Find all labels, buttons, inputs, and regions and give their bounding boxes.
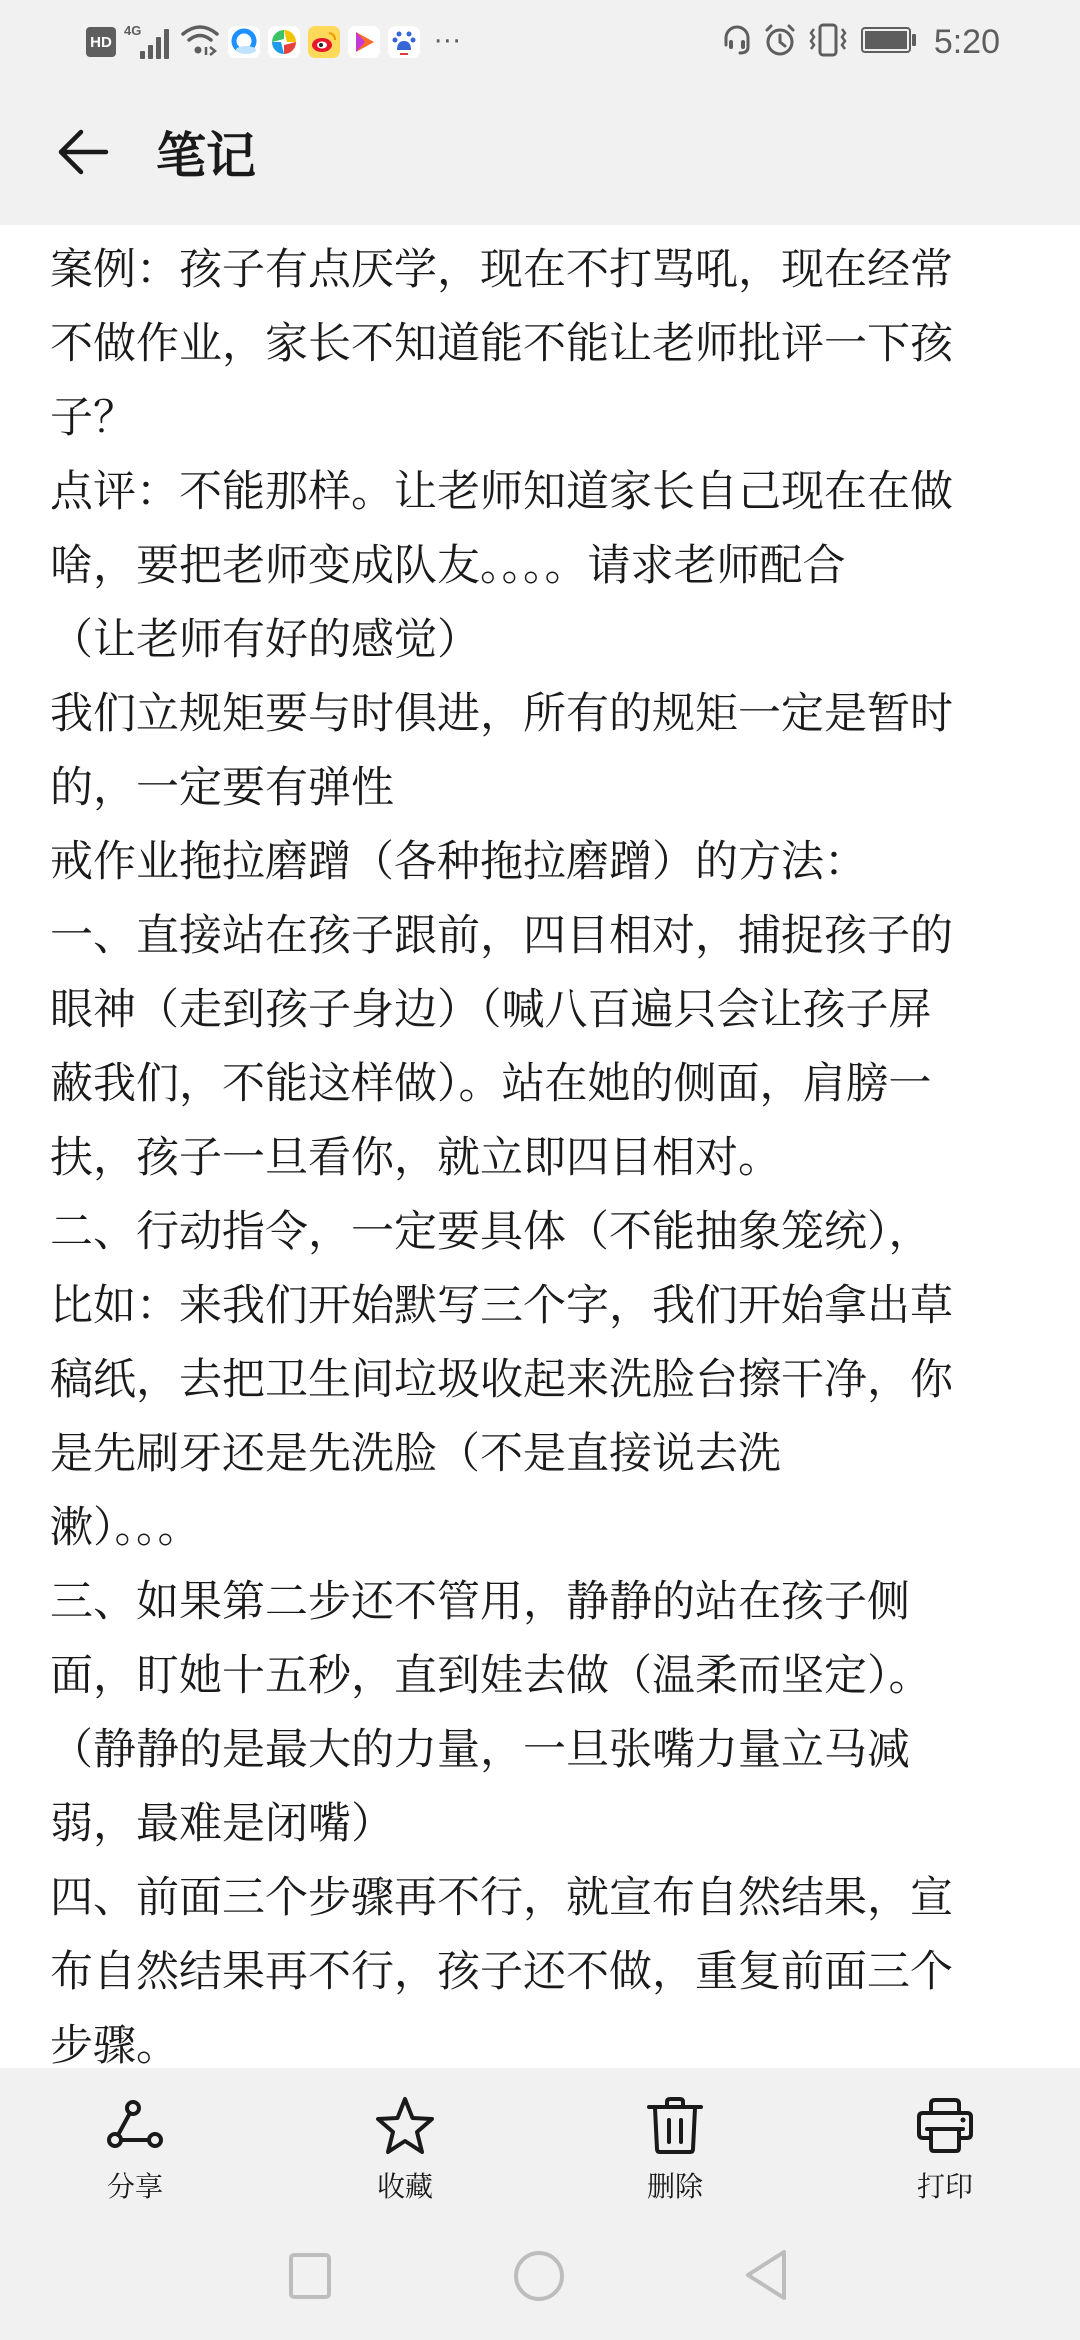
baidu-app-icon [388, 26, 420, 58]
home-button[interactable] [509, 2248, 569, 2308]
clock: 5:20 [934, 23, 1000, 62]
share-icon [103, 2094, 167, 2162]
note-line: 扶，孩子一旦看你，就立即四目相对。 [50, 1121, 1030, 1195]
note-line: 三、如果第二步还不管用，静静的站在孩子侧 [50, 1565, 1030, 1639]
battery-icon [860, 23, 918, 61]
4g-signal-icon: 4G [124, 25, 172, 59]
note-line: （静静的是最大的力量，一旦张嘴力量立马减 [50, 1713, 1030, 1787]
home-circle-icon [511, 2248, 567, 2308]
note-line: 面，盯她十五秒，直到娃去做（温柔而坚定）。 [50, 1639, 1030, 1713]
note-line: 四、前面三个步骤再不行，就宣布自然结果，宣 [50, 1861, 1030, 1935]
note-line: 二、行动指令，一定要具体（不能抽象笼统）， [50, 1195, 1030, 1269]
note-body[interactable]: 案例：孩子有点厌学，现在不打骂吼，现在经常 不做作业，家长不知道能不能让老师批评… [0, 225, 1080, 2068]
note-line: 步骤。 [50, 2009, 1030, 2068]
note-line: 比如：来我们开始默写三个字，我们开始拿出草 [50, 1269, 1030, 1343]
note-line: 布自然结果再不行，孩子还不做，重复前面三个 [50, 1935, 1030, 2009]
system-nav-bar [0, 2218, 1080, 2340]
recents-button[interactable] [280, 2248, 340, 2308]
app-header: 笔记 [0, 88, 1080, 225]
note-line: 弱，最难是闭嘴） [50, 1787, 1030, 1861]
print-button[interactable]: 打印 [810, 2068, 1080, 2218]
page-title: 笔记 [156, 126, 256, 186]
back-triangle-icon [740, 2248, 796, 2308]
hd-icon: HD [86, 27, 116, 57]
weibo-app-icon [308, 26, 340, 58]
share-button[interactable]: 分享 [0, 2068, 270, 2218]
bottom-action-bar: 分享 收藏 删除 打印 [0, 2068, 1080, 2218]
pinwheel-app-icon [268, 26, 300, 58]
note-line: 是先刷牙还是先洗脸（不是直接说去洗 [50, 1417, 1030, 1491]
recents-square-icon [285, 2251, 335, 2305]
share-label: 分享 [107, 2170, 163, 2204]
qq-browser-app-icon [228, 26, 260, 58]
print-label: 打印 [917, 2170, 973, 2204]
note-line: （让老师有好的感觉） [50, 603, 1030, 677]
status-bar-right: 5:20 [722, 22, 1000, 62]
note-content[interactable]: 案例：孩子有点厌学，现在不打骂吼，现在经常 不做作业，家长不知道能不能让老师批评… [0, 225, 1080, 2068]
status-bar: HD 4G ··· [0, 0, 1080, 88]
star-icon [373, 2094, 437, 2162]
note-line: 戒作业拖拉磨蹭（各种拖拉磨蹭）的方法： [50, 825, 1030, 899]
back-nav-button[interactable] [738, 2248, 798, 2308]
note-line: 子？ [50, 381, 1030, 455]
hd-label: HD [90, 34, 112, 51]
wifi-icon [180, 23, 220, 61]
trash-icon [643, 2094, 707, 2162]
video-app-icon [348, 26, 380, 58]
note-line: 的，一定要有弹性 [50, 751, 1030, 825]
status-bar-left: HD 4G ··· [86, 22, 462, 62]
arrow-left-icon [54, 122, 114, 186]
printer-icon [913, 2094, 977, 2162]
back-button[interactable] [52, 122, 116, 186]
note-line: 漱）。。。 [50, 1491, 1030, 1565]
delete-button[interactable]: 删除 [540, 2068, 810, 2218]
more-notifications-icon: ··· [434, 29, 462, 55]
note-line: 不做作业，家长不知道能不能让老师批评一下孩 [50, 307, 1030, 381]
note-line: 一、直接站在孩子跟前，四目相对，捕捉孩子的 [50, 899, 1030, 973]
note-line: 蔽我们，不能这样做）。站在她的侧面，肩膀一 [50, 1047, 1030, 1121]
note-line: 稿纸，去把卫生间垃圾收起来洗脸台擦干净，你 [50, 1343, 1030, 1417]
delete-label: 删除 [647, 2170, 703, 2204]
favorite-label: 收藏 [377, 2170, 433, 2204]
note-line: 点评：不能那样。让老师知道家长自己现在在做 [50, 455, 1030, 529]
vibrate-icon [808, 23, 848, 61]
note-line: 眼神（走到孩子身边）（喊八百遍只会让孩子屏 [50, 973, 1030, 1047]
note-line: 啥，要把老师变成队友。。。。请求老师配合 [50, 529, 1030, 603]
alarm-icon [764, 23, 796, 61]
headset-icon [722, 23, 752, 61]
network-type-label: 4G [124, 23, 141, 38]
note-line: 我们立规矩要与时俱进，所有的规矩一定是暂时 [50, 677, 1030, 751]
favorite-button[interactable]: 收藏 [270, 2068, 540, 2218]
note-line: 案例：孩子有点厌学，现在不打骂吼，现在经常 [50, 233, 1030, 307]
